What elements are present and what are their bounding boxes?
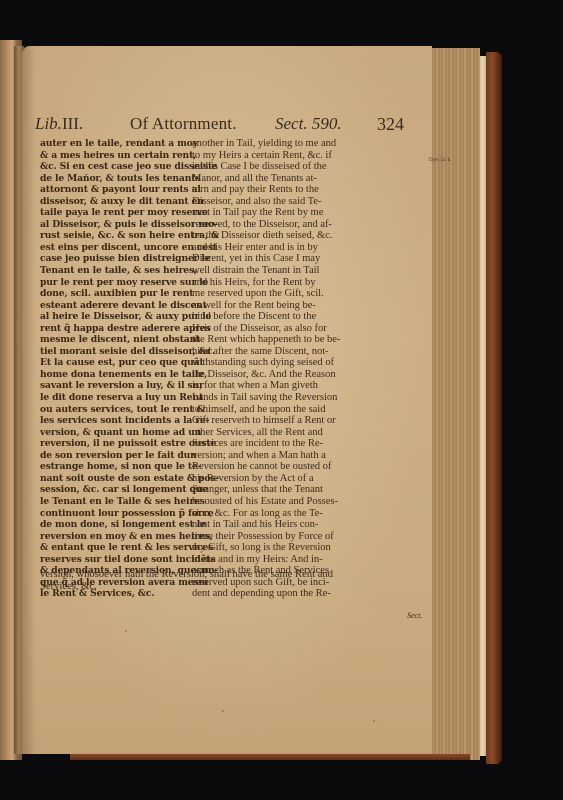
text-line: rust seisie, &c. & son heire entra, &	[40, 230, 190, 242]
catchword: Sect.	[407, 611, 422, 620]
text-line: to himself, and he upon the said	[192, 404, 429, 416]
text-line: sion, &c. For as long as the Te-	[192, 508, 429, 520]
text-line: Manor, and all the Tenants at-	[192, 173, 429, 185]
text-line: Disseisor, and also the said Te-	[192, 196, 429, 208]
text-line: Discent, yet in this Case I may	[192, 253, 429, 265]
text-line: pur le rent per moy reserve sur le	[40, 277, 190, 289]
text-line: Services are incident to the Re-	[192, 438, 429, 450]
text-line: Et la cause est, pur ceo que quãt	[40, 357, 190, 369]
text-line: reversion en moy & en mes heires,	[40, 531, 190, 543]
paper-speck	[125, 630, 127, 632]
text-line: withstanding such dying seised of	[192, 357, 429, 369]
text-line: savant le reversion a luy, & il sur	[40, 380, 190, 392]
text-line: disseisor, & auxy le dit tenant en	[40, 196, 190, 208]
text-line: version, & quant un home ad un	[40, 427, 190, 439]
text-line: is, for that when a Man giveth	[192, 380, 429, 392]
text-line: case jeo puisse bien distreigner le	[40, 253, 190, 265]
text-line: les services sont incidents a la re-	[40, 415, 190, 427]
full-width-paragraph-end: version, whosoever hath the Reversion, s…	[40, 569, 430, 592]
text-line: his Reversion by the Act of a	[192, 473, 429, 485]
text-line: tinue their Possession by Force of	[192, 531, 429, 543]
text-line: de le Mańor, & touts les tenants	[40, 173, 190, 185]
text-line: de son reversion per le fait dun	[40, 450, 190, 462]
text-line: in this Case I be disseised of the	[192, 161, 429, 173]
text-line: & a mes heires un certain rent,	[40, 150, 190, 162]
text-line: esteant aderere devant le discent	[40, 300, 190, 312]
text-line: torn and pay their Rents to the	[192, 184, 429, 196]
text-line: and his Heirs, for the Rent by	[192, 277, 429, 289]
text-line: estrange home, si non que le te-	[40, 461, 190, 473]
text-line: nant in Tail pay the Rent by me	[192, 207, 429, 219]
page-number: 324	[377, 114, 404, 135]
text-line: another in Tail, yielding to me and	[192, 138, 429, 150]
text-line: taile paya le rent per moy reserve	[40, 207, 190, 219]
text-line: nant in Tail and his Heirs con-	[192, 519, 429, 531]
text-line: Lands in Tail saving the Reversion	[192, 392, 429, 404]
text-line: me reserved upon the Gift, scil.	[192, 288, 429, 300]
text-line: in me and in my Heirs: And in-	[192, 554, 429, 566]
section-number: Sect. 590.	[275, 114, 342, 134]
text-line: le Tenant en le Taile & ses heires	[40, 496, 190, 508]
text-line: Tenant en le taile, & ses heires,	[40, 265, 190, 277]
text-line: & entant que le rent & les services	[40, 542, 190, 554]
text-line: the Rent which happeneth to be be-	[192, 334, 429, 346]
text-line: home dona tenements en le taile,	[40, 369, 190, 381]
paper-speck	[373, 720, 375, 722]
text-line: est eins per discent, uncore en cest	[40, 242, 190, 254]
text-line: attornont & payont lour rents al	[40, 184, 190, 196]
text-line: reversion, il ne puissoit estre ouste	[40, 438, 190, 450]
text-line: to my Heirs a certain Rent, &c. if	[192, 150, 429, 162]
text-line: reserved, to the Disseisor, and af-	[192, 219, 429, 231]
text-line: ter the Disseisor dieth seised, &c.	[192, 230, 429, 242]
law-french-column: auter en le taile, rendant a moy& a mes …	[40, 138, 190, 600]
paper-speck	[222, 710, 224, 712]
chapter-title: Of Attornment.	[130, 114, 237, 134]
page-gutter-shadow	[22, 46, 36, 754]
text-line: well distrain the Tenant in Tail	[192, 265, 429, 277]
text-line: version, whosoever hath the Reversion, s…	[40, 569, 430, 581]
text-line: version; and when a Man hath a	[192, 450, 429, 462]
text-line: done, scil. auxibien pur le rent	[40, 288, 190, 300]
text-line: Heir of the Disseisor, as also for	[192, 323, 429, 335]
text-line: and his Heir enter and is in by	[192, 242, 429, 254]
margin-citation: Dyer 53. b.	[429, 158, 452, 163]
text-line: auter en le taile, rendant a moy	[40, 138, 190, 150]
text-line: rent q̃ happa destre aderere apres	[40, 323, 190, 335]
text-line: &c. Si en cest case jeo sue disseisie	[40, 161, 190, 173]
leather-cover-edge	[486, 52, 502, 764]
text-line: mesme le discent, nient obstant	[40, 334, 190, 346]
text-line: Services, &c.	[40, 581, 430, 593]
text-line: de mon done, si longement est le	[40, 519, 190, 531]
text-line: Reversion he cannot be ousted of	[192, 461, 429, 473]
text-line: Stranger, unless that the Tenant	[192, 484, 429, 496]
text-line: hind before the Discent to the	[192, 311, 429, 323]
text-line: reserves sur tiel done sont incidẽts	[40, 554, 190, 566]
book-number: Lib.III.	[35, 114, 83, 134]
text-line: le dit done reserva a luy un Rent	[40, 392, 190, 404]
text-line: continuont lour possession p̃ force	[40, 508, 190, 520]
fore-edge-pages	[432, 48, 480, 760]
text-line: al Disseisor, & puis le disseisor mo-	[40, 219, 190, 231]
text-line: nant soit ouste de son estate & pos-	[40, 473, 190, 485]
text-line: hind after the same Discent, not-	[192, 346, 429, 358]
running-header: Lib.III. Of Attornment. Sect. 590. 324	[35, 114, 427, 136]
book-roman-numeral: III.	[62, 114, 83, 133]
book-prefix: Lib.	[35, 114, 62, 133]
text-line: be ousted of his Estate and Posses-	[192, 496, 429, 508]
bottom-cover-edge	[70, 754, 470, 760]
text-line: ou auters services, tout le rent &	[40, 404, 190, 416]
text-line: as well for the Rent being be-	[192, 300, 429, 312]
text-line: Gift reserveth to himself a Rent or	[192, 415, 429, 427]
text-line: my Gift, so long is the Reversion	[192, 542, 429, 554]
text-line: tiel morant seisie del disseisor, &c.	[40, 346, 190, 358]
text-line: other Services, all the Rent and	[192, 427, 429, 439]
text-line: al heire le Disseisor, & auxy pur le	[40, 311, 190, 323]
text-line: session, &c. car si longement que	[40, 484, 190, 496]
book-scan: Lib.III. Of Attornment. Sect. 590. 324 a…	[0, 0, 563, 800]
text-line: the Disseisor, &c. And the Reason	[192, 369, 429, 381]
english-column: another in Tail, yielding to me andto my…	[192, 138, 429, 600]
